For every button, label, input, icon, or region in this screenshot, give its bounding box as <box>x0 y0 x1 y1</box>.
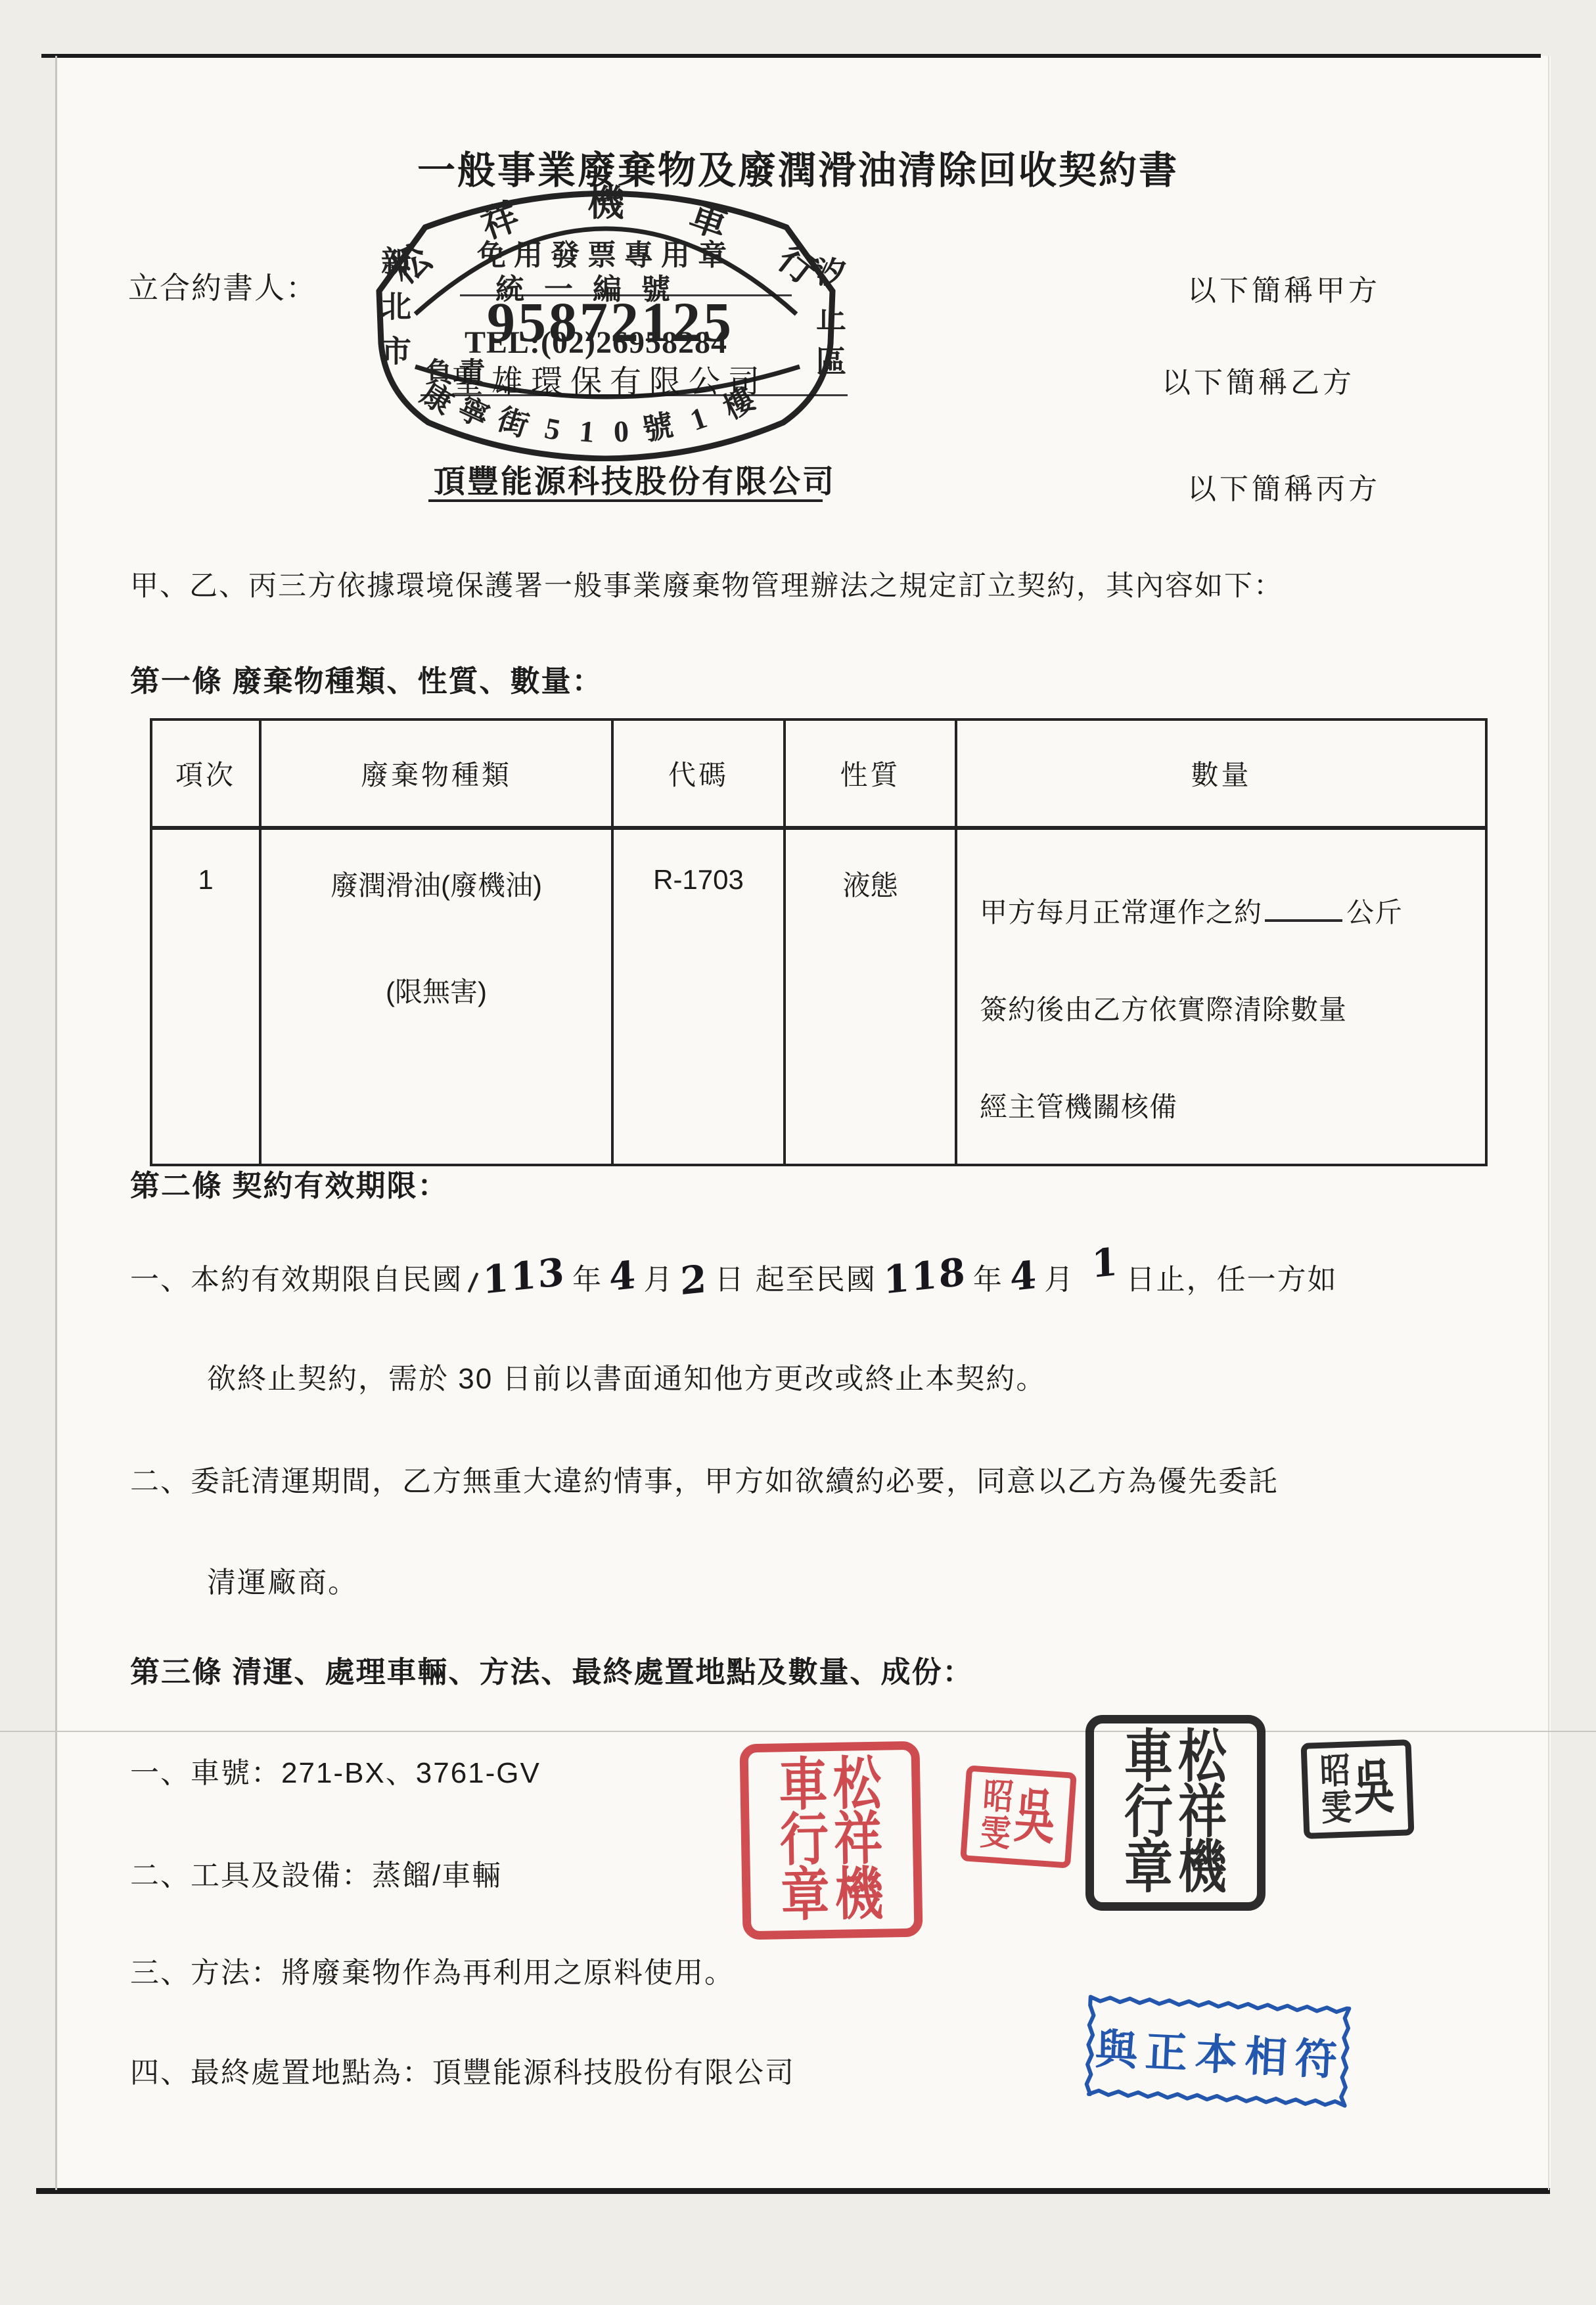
stamp-arc-char: 機 <box>587 183 625 224</box>
seal-column-left: 車 行 章 <box>779 1758 830 1924</box>
article3-item4: 四、最終處置地點為：頂豐能源科技股份有限公司 <box>130 2049 795 2091</box>
day-label: 日 <box>715 1264 745 1296</box>
article2-clause2-line2: 清運廠商。 <box>207 1559 358 1601</box>
scanned-contract-page: 一般事業廢棄物及廢潤滑油清除回收契約書 立合約書人： 以下簡稱甲方 聖雄環保有限… <box>0 0 1596 2305</box>
col-header-type: 廢棄物種類 <box>260 719 612 828</box>
stamp-owner-label: 負責 <box>425 351 491 390</box>
scan-left-border <box>55 56 57 2190</box>
cell-type-line1: 廢潤滑油(廢機油) <box>262 830 611 903</box>
waste-table-row: 1 廢潤滑油(廢機油) (限無害) R-1703 液態 甲方每月正常運作之約公斤… <box>151 828 1486 1165</box>
stamp-arc-char: 5 <box>542 411 563 447</box>
cell-code: R-1703 <box>612 828 785 1165</box>
seal-char: 機 <box>834 1862 884 1928</box>
scan-right-border <box>1548 56 1549 2190</box>
stamp-arc-char: 1 <box>578 414 596 449</box>
stamp-city-left-column: 新北市 <box>372 246 415 380</box>
cell-state-value: 液態 <box>786 830 955 903</box>
party-b-alias: 以下簡稱乙方 <box>1162 359 1355 401</box>
party-label: 立合約書人： <box>128 264 317 308</box>
stamp-arc-char: 樓 <box>718 382 760 426</box>
stamp-arc-char: 號 <box>640 409 675 447</box>
company-seal-black: 松 祥 機 車 行 章 <box>1085 1715 1265 1911</box>
year-label: 年 <box>973 1264 1003 1296</box>
scan-top-border <box>41 54 1541 58</box>
handwritten-from-month: 4 <box>609 1252 637 1300</box>
seal-column-left: 昭 雯 <box>979 1777 1015 1853</box>
company-seal-red: 松 祥 機 車 行 章 <box>739 1741 923 1940</box>
seal-char: 機 <box>1178 1835 1227 1900</box>
col-header-code: 代碼 <box>612 719 785 828</box>
seal-column-right: 吳 <box>1352 1752 1396 1825</box>
article2-clause1-line2: 欲終止契約，需於 30 日前以書面通知他方更改或終止本契約。 <box>207 1355 1046 1397</box>
cell-code-value: R-1703 <box>614 830 783 896</box>
name-seal-black: 吳 昭 雯 <box>1301 1739 1415 1839</box>
month-label: 月 <box>643 1264 673 1296</box>
seal-column-right: 松 祥 機 <box>1178 1730 1227 1896</box>
seal-char: 雯 <box>1321 1786 1352 1831</box>
year-label: 年 <box>572 1264 603 1296</box>
cell-index-value: 1 <box>152 830 259 896</box>
article2-heading: 第二條 契約有效期限： <box>130 1162 449 1204</box>
article3-heading: 第三條 清運、處理車輛、方法、最終處置地點及數量、成份： <box>130 1648 974 1691</box>
preamble: 甲、乙、丙三方依據環境保護署一般事業廢棄物管理辦法之規定訂立契約，其內容如下： <box>130 564 1283 604</box>
seal-char: 吳 <box>1352 1735 1396 1842</box>
article3-item3: 三、方法：將廢棄物作為再利用之原料使用。 <box>130 1949 735 1991</box>
article3-item1: 一、車號：271-BX、3761-GV <box>130 1749 541 1791</box>
stamp-district-right-column: 汐止區 <box>807 256 850 390</box>
handwritten-to-year: 118 <box>883 1249 967 1303</box>
handwritten-from-year: 113 <box>482 1249 566 1303</box>
quantity-blank-underline <box>1265 893 1342 922</box>
party-c-name: 頂豐能源科技股份有限公司 <box>434 456 836 501</box>
cell-type-line2: (限無害) <box>262 970 611 1010</box>
party-c-alias: 以下簡稱丙方 <box>1187 465 1380 507</box>
cell-quantity: 甲方每月正常運作之約公斤 簽約後由乙方依實際清除數量 經主管機關核備 <box>956 828 1486 1165</box>
handwritten-from-day: 2 <box>680 1256 708 1304</box>
certified-stamp-text: 與正本相符 <box>1082 2015 1359 2088</box>
col-header-quantity: 數量 <box>956 719 1486 828</box>
seal-column-right: 吳 <box>1012 1781 1058 1856</box>
col-header-state: 性質 <box>785 719 956 828</box>
seal-column-right: 松 祥 機 <box>832 1757 884 1923</box>
col-header-index: 項次 <box>151 719 260 828</box>
waste-table: 項次 廢棄物種類 代碼 性質 數量 1 廢潤滑油(廢機油) (限無害) R-17… <box>150 718 1488 1166</box>
quantity-line1: 甲方每月正常運作之約公斤 <box>980 864 1478 961</box>
stamp-arc-char: 1 <box>686 400 711 437</box>
clause1-mid-text: 起至民國 <box>756 1264 877 1296</box>
cell-type: 廢潤滑油(廢機油) (限無害) <box>260 828 612 1165</box>
quantity-line1-suffix: 公斤 <box>1346 897 1403 928</box>
clause1-end-text: 日止，任一方如 <box>1126 1264 1338 1296</box>
stamp-arc-char: 寧 <box>453 391 494 434</box>
quantity-line1-prefix: 甲方每月正常運作之約 <box>980 897 1262 928</box>
scan-fold-line <box>0 1731 1596 1732</box>
article1-heading: 第一條 廢棄物種類、性質、數量： <box>130 657 603 700</box>
certified-copy-stamp: 與正本相符 <box>1080 1992 1359 2117</box>
stamp-arc-char: 0 <box>613 415 629 449</box>
seal-char: 吳 <box>1011 1764 1059 1871</box>
article3-item2: 二、工具及設備：蒸餾/車輛 <box>130 1852 502 1894</box>
name-seal-red: 吳 昭 雯 <box>960 1765 1077 1868</box>
company-rubber-stamp: 松 祥 機 車 行 康 寧 街 5 1 0 號 1 樓 免用發票專用章 統一編號… <box>363 176 849 461</box>
seal-column-left: 車 行 章 <box>1124 1730 1173 1896</box>
month-label: 月 <box>1044 1264 1074 1296</box>
handwritten-to-day: 1 <box>1091 1239 1120 1287</box>
seal-char: 章 <box>781 1863 831 1929</box>
waste-table-header-row: 項次 廢棄物種類 代碼 性質 數量 <box>151 719 1486 828</box>
seal-column-left: 昭 雯 <box>1319 1752 1352 1827</box>
stamp-arc-char: 街 <box>493 402 533 444</box>
scan-bottom-border <box>36 2188 1550 2194</box>
quantity-line2: 簽約後由乙方依實際清除數量 <box>980 961 1478 1059</box>
pen-tick-mark <box>468 1273 479 1293</box>
article2-clause2-line1: 二、委託清運期間，乙方無重大違約情事，甲方如欲續約必要，同意以乙方為優先委託 <box>130 1457 1279 1499</box>
cell-state: 液態 <box>785 828 956 1165</box>
cell-index: 1 <box>151 828 260 1165</box>
seal-char: 雯 <box>979 1811 1012 1856</box>
party-a-alias: 以下簡稱甲方 <box>1187 267 1380 309</box>
article2-clause1-line1: 一、本約有效期限自民國113年4月2日起至民國118年4月1日止，任一方如 <box>130 1254 1338 1298</box>
clause1-text: 一、本約有效期限自民國 <box>130 1264 463 1296</box>
seal-char: 章 <box>1124 1835 1173 1900</box>
handwritten-to-month: 4 <box>1009 1252 1037 1300</box>
quantity-line3: 經主管機關核備 <box>980 1059 1478 1156</box>
